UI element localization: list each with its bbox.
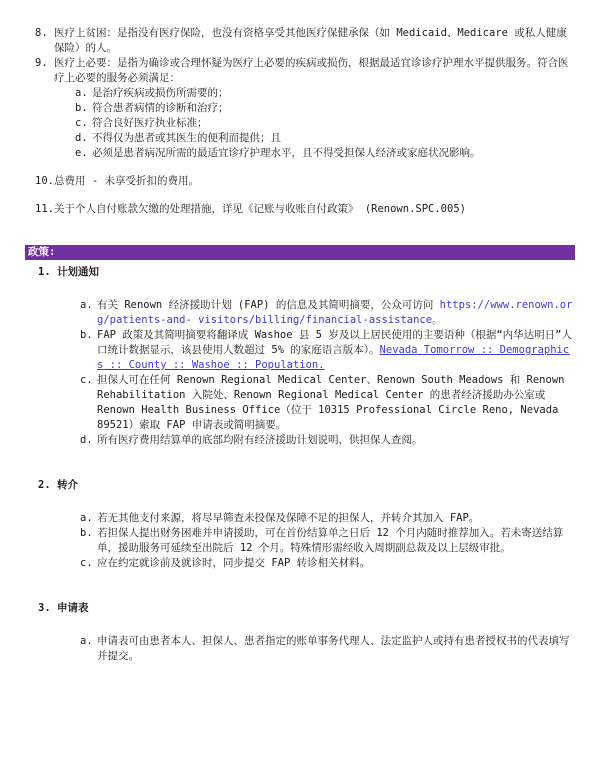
section-application-form: 3. 申请表 a. 申请表可由患者本人、担保人、患者指定的账单事务代理人、法定监… [38,601,575,664]
definition-number: 10. [35,174,54,189]
policy-item-2b: b. 若担保人提出财务困难并申请援助，可在首份结算单之日后 12 个月内随时推荐… [80,526,575,556]
policy-item-letter: c. [80,373,97,433]
definition-sublist: a. 是治疗疾病或损伤所需要的； b. 符合患者病情的诊断和治疗； c. 符合良… [75,86,573,161]
policy-item-2a: a. 若无其他支付来源，将尽早筛查未投保及保障不足的担保人，并转介其加入 FAP… [80,511,575,526]
policy-item-text: 有关 Renown 经济援助计划 (FAP) 的信息及其简明摘要，公众可访问 h… [97,298,575,328]
sub-item-text: 符合患者病情的诊断和治疗； [92,101,573,116]
policy-item-2c: c. 应在约定就诊前及就诊时，同步提交 FAP 转诊相关材料。 [80,556,575,571]
sub-item-e: e. 必须是患者病况所需的最适宜诊疗护理水平，且不得受担保人经济或家庭状况影响。 [75,146,573,161]
policy-item-text: 所有医疗费用结算单的底部均附有经济援助计划说明，供担保人查阅。 [97,433,575,448]
section-heading: 1. 计划通知 [38,265,575,280]
policy-item-1b: b. FAP 政策及其简明摘要将翻译成 Washoe 县 5 岁及以上居民使用的… [80,328,575,373]
definition-text: 关于个人自付账款欠缴的处理措施，详见《记账与收账自付政策》 (Renown.SP… [54,202,573,217]
sub-item-letter: e. [75,146,92,161]
section-item-list: a. 若无其他支付来源，将尽早筛查未投保及保障不足的担保人，并转介其加入 FAP… [80,511,575,571]
policy-item-1d: d. 所有医疗费用结算单的底部均附有经济援助计划说明，供担保人查阅。 [80,433,575,448]
policy-item-text-before: 有关 Renown 经济援助计划 (FAP) 的信息及其简明摘要，公众可访问 [97,299,440,311]
sub-item-text: 是治疗疾病或损伤所需要的； [92,86,573,101]
policy-item-1c: c. 担保人可在任何 Renown Regional Medical Cente… [80,373,575,433]
section-title: 申请表 [57,601,89,616]
policy-item-text: 担保人可在任何 Renown Regional Medical Center、R… [97,373,575,433]
definition-number: 8. [35,26,54,56]
sub-item-letter: b. [75,101,92,116]
policy-item-letter: d. [80,433,97,448]
section-title: 计划通知 [57,265,99,280]
section-plan-notice: 1. 计划通知 a. 有关 Renown 经济援助计划 (FAP) 的信息及其简… [38,265,575,448]
sub-item-text: 必须是患者病况所需的最适宜诊疗护理水平，且不得受担保人经济或家庭状况影响。 [92,146,573,161]
sub-item-a: a. 是治疗疾病或损伤所需要的； [75,86,573,101]
sub-item-d: d. 不得仅为患者或其医生的便利而提供；且 [75,131,573,146]
document-page: 8. 医疗上贫困：是指没有医疗保险，也没有资格享受其他医疗保健承保（如 Medi… [0,0,600,776]
definition-item-8: 8. 医疗上贫困：是指没有医疗保险，也没有资格享受其他医疗保健承保（如 Medi… [35,26,573,56]
section-heading: 2. 转介 [38,478,575,493]
policy-item-text-after: 。 [432,314,443,326]
policy-item-text: 申请表可由患者本人、担保人、患者指定的账单事务代理人、法定监护人或持有患者授权书… [97,634,575,664]
definition-text: 医疗上贫困：是指没有医疗保险，也没有资格享受其他医疗保健承保（如 Medicai… [54,26,573,56]
definition-item-9: 9. 医疗上必要：是指为确诊或合理怀疑为医疗上必要的疾病或损伤，根据最适宜诊诊疗… [35,56,573,86]
section-item-list: a. 有关 Renown 经济援助计划 (FAP) 的信息及其简明摘要，公众可访… [80,298,575,448]
definition-item-10: 10. 总费用 - 未享受折扣的费用。 [35,174,573,189]
definition-text: 总费用 - 未享受折扣的费用。 [54,174,573,189]
definition-text: 医疗上必要：是指为确诊或合理怀疑为医疗上必要的疾病或损伤，根据最适宜诊诊疗护理水… [54,56,573,86]
section-number: 2. [38,478,57,493]
policy-item-letter: a. [80,634,97,664]
sub-item-letter: c. [75,116,92,131]
sub-item-text: 符合良好医疗执业标准； [92,116,573,131]
policy-banner-label: 政策: [28,246,55,258]
policy-banner: 政策: [25,245,575,260]
policy-item-text: 若担保人提出财务困难并申请援助，可在首份结算单之日后 12 个月内随时推荐加入。… [97,526,575,556]
policy-item-3a: a. 申请表可由患者本人、担保人、患者指定的账单事务代理人、法定监护人或持有患者… [80,634,575,664]
policy-item-letter: a. [80,298,97,328]
policy-item-letter: b. [80,526,97,556]
definition-item-11: 11. 关于个人自付账款欠缴的处理措施，详见《记账与收账自付政策》 (Renow… [35,202,573,217]
sub-item-b: b. 符合患者病情的诊断和治疗； [75,101,573,116]
sub-item-c: c. 符合良好医疗执业标准； [75,116,573,131]
sub-item-letter: d. [75,131,92,146]
policy-item-1a: a. 有关 Renown 经济援助计划 (FAP) 的信息及其简明摘要，公众可访… [80,298,575,328]
policy-item-text: 应在约定就诊前及就诊时，同步提交 FAP 转诊相关材料。 [97,556,575,571]
section-title: 转介 [57,478,78,493]
policy-item-letter: b. [80,328,97,373]
definition-list: 8. 医疗上贫困：是指没有医疗保险，也没有资格享受其他医疗保健承保（如 Medi… [35,26,573,217]
section-heading: 3. 申请表 [38,601,575,616]
policy-item-text: FAP 政策及其简明摘要将翻译成 Washoe 县 5 岁及以上居民使用的主要语… [97,328,575,373]
sub-item-letter: a. [75,86,92,101]
policy-item-letter: a. [80,511,97,526]
section-referral: 2. 转介 a. 若无其他支付来源，将尽早筛查未投保及保障不足的担保人，并转介其… [38,478,575,571]
sub-item-text: 不得仅为患者或其医生的便利而提供；且 [92,131,573,146]
section-number: 3. [38,601,57,616]
definition-number: 11. [35,202,54,217]
section-item-list: a. 申请表可由患者本人、担保人、患者指定的账单事务代理人、法定监护人或持有患者… [80,634,575,664]
policy-item-letter: c. [80,556,97,571]
definition-number: 9. [35,56,54,86]
section-number: 1. [38,265,57,280]
policy-item-text: 若无其他支付来源，将尽早筛查未投保及保障不足的担保人，并转介其加入 FAP。 [97,511,575,526]
